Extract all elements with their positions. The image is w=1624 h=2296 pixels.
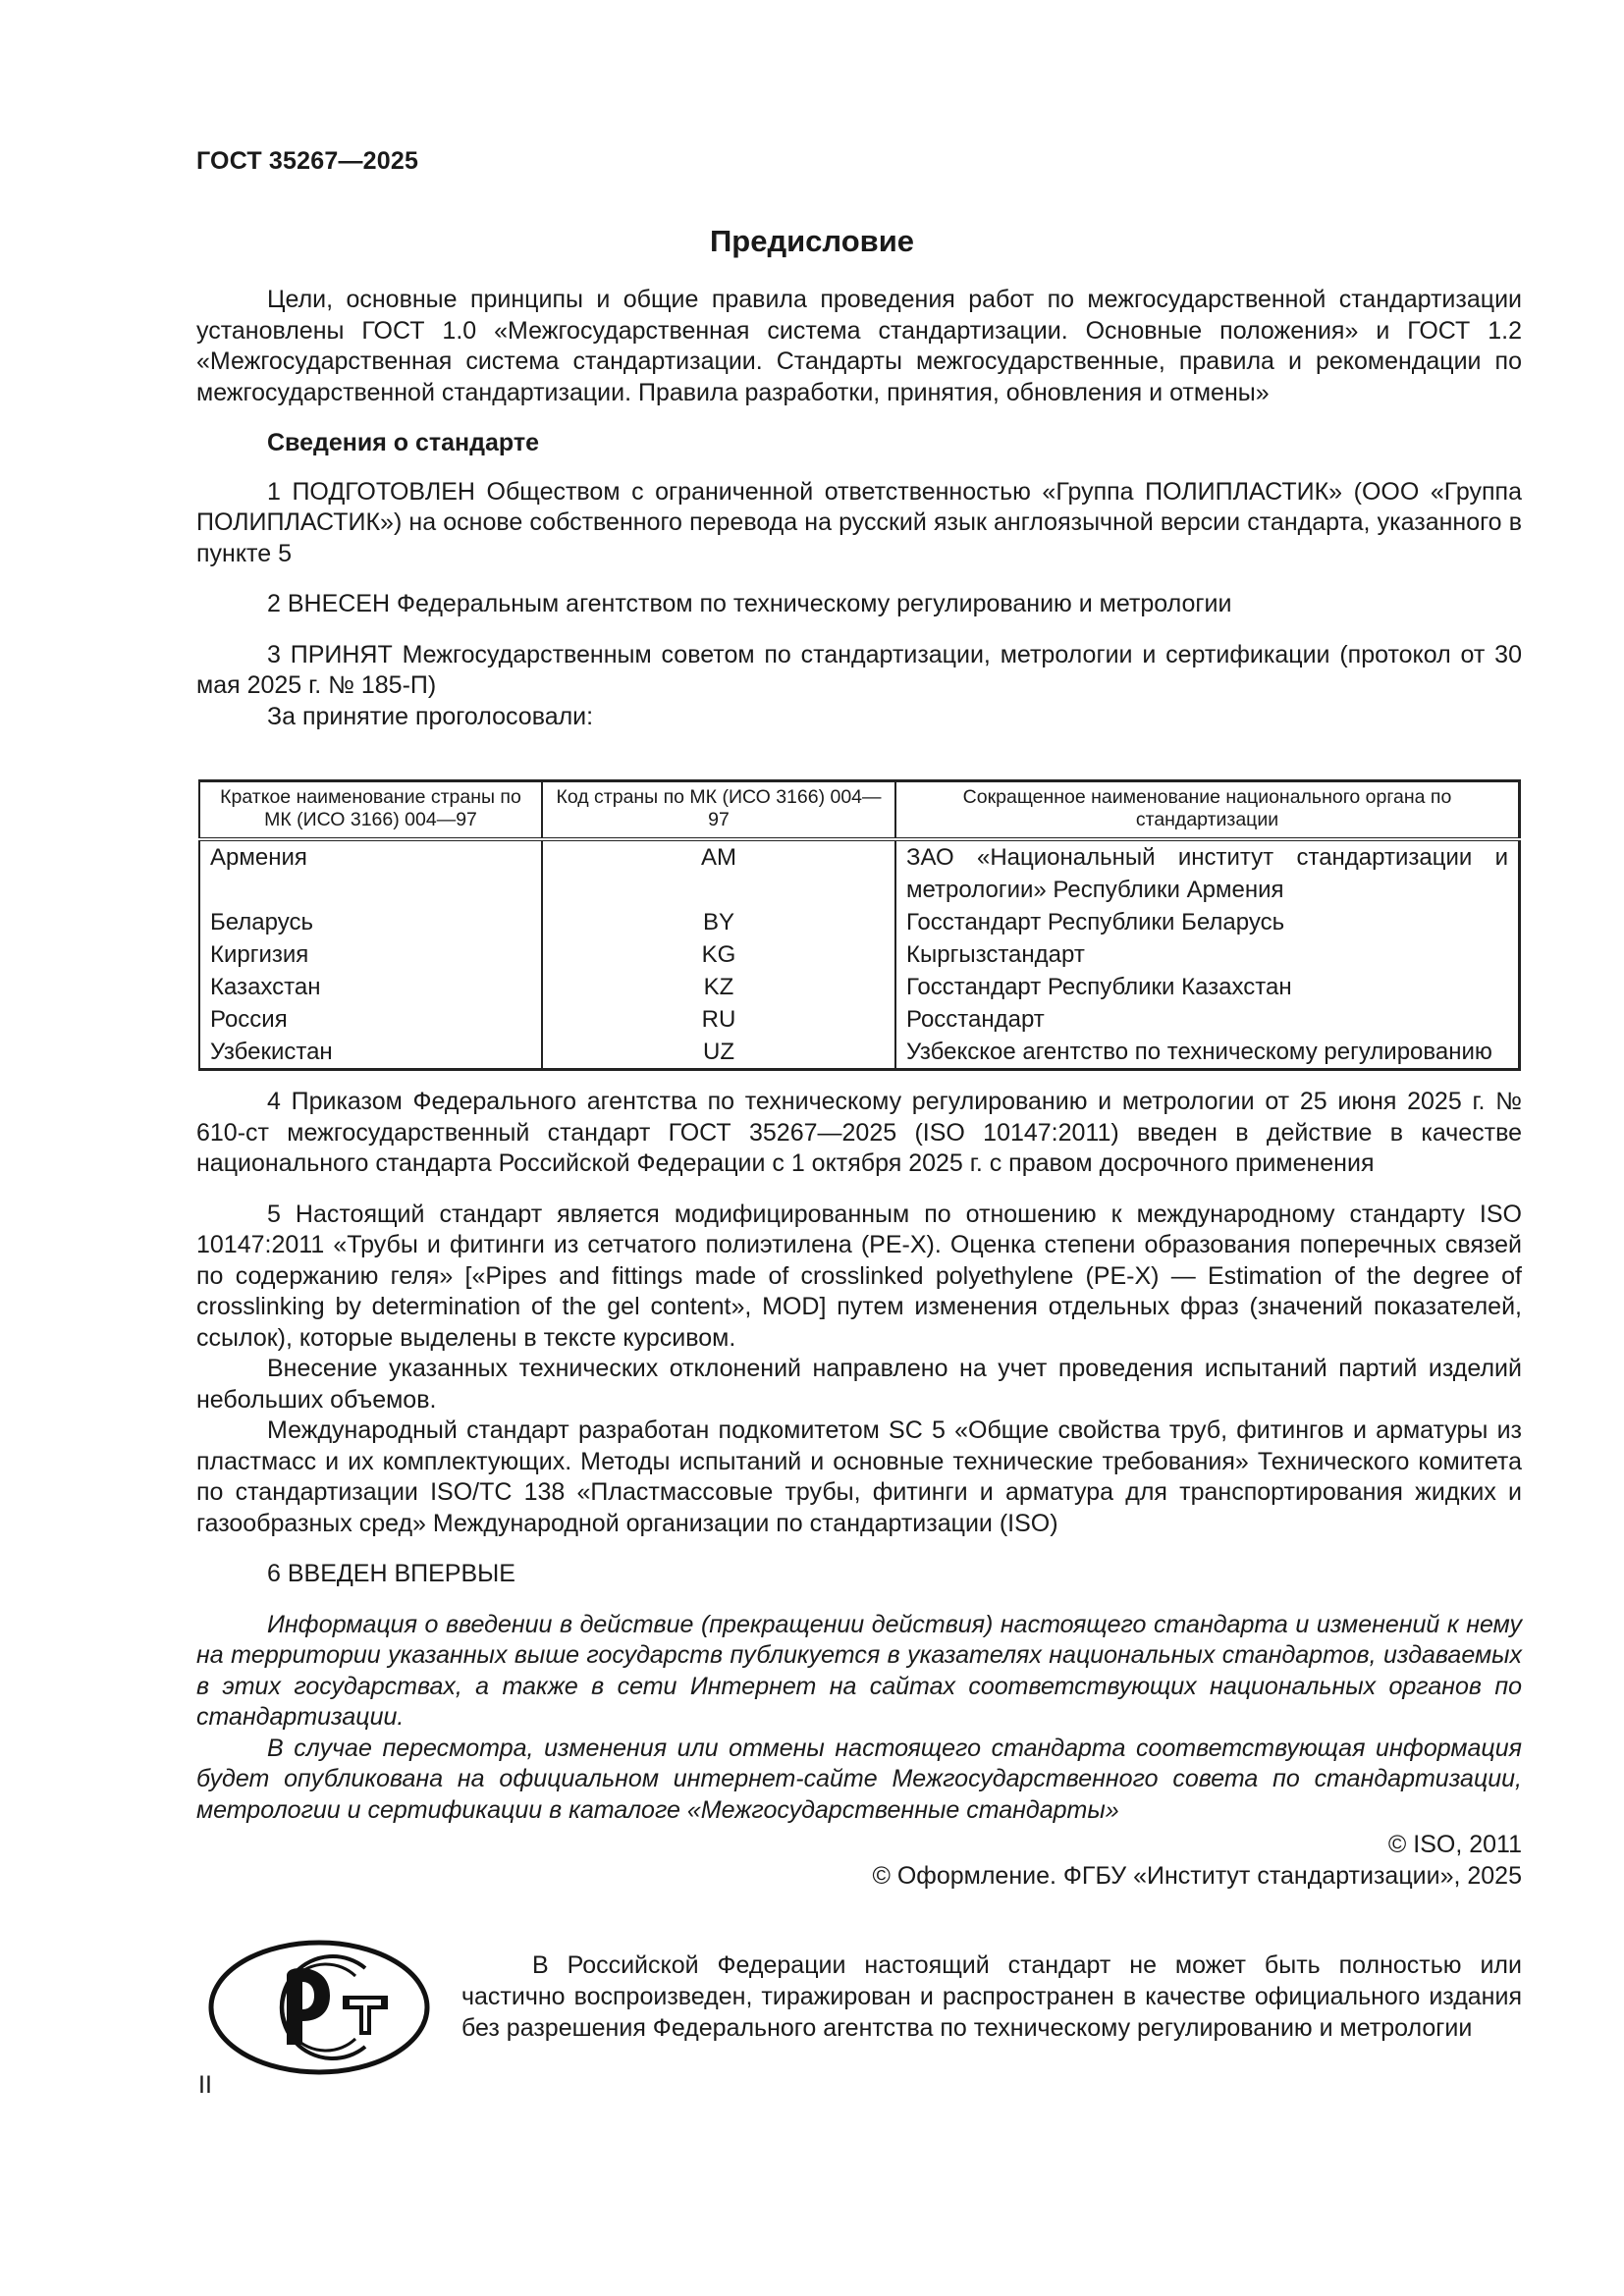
table-header-row: Краткое наименование страны по МК (ИСО 3… <box>199 781 1520 840</box>
copyright-iso: © ISO, 2011 <box>196 1830 1522 1861</box>
table-row: Россия RU Росстандарт <box>199 1003 1520 1036</box>
table-row: Армения AM ЗАО «Национальный институт ст… <box>199 839 1520 906</box>
country-cell: Армения <box>199 839 542 906</box>
intro-paragraph: Цели, основные принципы и общие правила … <box>196 285 1522 408</box>
code-cell: RU <box>542 1003 895 1036</box>
rst-certification-mark-icon <box>208 1939 430 2076</box>
preface-intro-block: Цели, основные принципы и общие правила … <box>196 285 1522 732</box>
code-cell: UZ <box>542 1036 895 1070</box>
item-3-adopted: 3 ПРИНЯТ Межгосударственным советом по с… <box>196 640 1522 702</box>
item-4-enacted: 4 Приказом Федерального агентства по тех… <box>196 1087 1522 1180</box>
organization-cell: ЗАО «Национальный институт стандартизаци… <box>895 839 1520 906</box>
country-cell: Беларусь <box>199 906 542 938</box>
table-row: Киргизия KG Кыргызстандарт <box>199 938 1520 971</box>
code-cell: BY <box>542 906 895 938</box>
organization-cell: Госстандарт Республики Беларусь <box>895 906 1520 938</box>
organization-cell: Кыргызстандарт <box>895 938 1520 971</box>
item-6-introduced-first: 6 ВВЕДЕН ВПЕРВЫЕ <box>196 1559 1522 1590</box>
document-id-header: ГОСТ 35267—2025 <box>196 147 418 176</box>
column-header-organization: Сокращенное наименование национального о… <box>895 781 1520 840</box>
italic-info-publication: Информация о введении в действие (прекра… <box>196 1610 1522 1734</box>
code-cell: KZ <box>542 971 895 1003</box>
voted-label: За принятие проголосовали: <box>196 702 1522 733</box>
table-row: Беларусь BY Госстандарт Республики Белар… <box>199 906 1520 938</box>
country-cell: Узбекистан <box>199 1036 542 1070</box>
organization-cell: Росстандарт <box>895 1003 1520 1036</box>
table-row: Казахстан KZ Госстандарт Республики Каза… <box>199 971 1520 1003</box>
country-cell: Россия <box>199 1003 542 1036</box>
code-cell: KG <box>542 938 895 971</box>
copyright-design: © Оформление. ФГБУ «Институт стандартиза… <box>196 1861 1522 1893</box>
reproduction-notice: В Российской Федерации настоящий стандар… <box>461 1949 1522 2044</box>
voting-countries-table: Краткое наименование страны по МК (ИСО 3… <box>198 779 1521 1071</box>
page-number: II <box>198 2071 212 2100</box>
italic-info-revision: В случае пересмотра, изменения или отмен… <box>196 1734 1522 1827</box>
country-cell: Казахстан <box>199 971 542 1003</box>
item-1-prepared: 1 ПОДГОТОВЛЕН Обществом с ограниченной о… <box>196 477 1522 570</box>
item-2-submitted: 2 ВНЕСЕН Федеральным агентством по техни… <box>196 589 1522 620</box>
organization-cell: Госстандарт Республики Казахстан <box>895 971 1520 1003</box>
table-row: Узбекистан UZ Узбекское агентство по тех… <box>199 1036 1520 1070</box>
standard-info-heading: Сведения о стандарте <box>196 428 1522 459</box>
item-5-deviations: Внесение указанных технических отклонени… <box>196 1354 1522 1415</box>
standard-details-block: 4 Приказом Федерального агентства по тех… <box>196 1087 1522 1892</box>
column-header-country: Краткое наименование страны по МК (ИСО 3… <box>199 781 542 840</box>
code-cell: AM <box>542 839 895 906</box>
item-5-international-origin: Международный стандарт разработан подком… <box>196 1415 1522 1539</box>
document-page: ГОСТ 35267—2025 Предисловие Цели, основн… <box>0 0 1624 2296</box>
reproduction-notice-text: В Российской Федерации настоящий стандар… <box>461 1949 1522 2044</box>
column-header-code: Код страны по МК (ИСО 3166) 004—97 <box>542 781 895 840</box>
country-cell: Киргизия <box>199 938 542 971</box>
organization-cell: Узбекское агентство по техническому регу… <box>895 1036 1520 1070</box>
item-5-modified: 5 Настоящий стандарт является модифициро… <box>196 1200 1522 1355</box>
page-title: Предисловие <box>0 224 1624 259</box>
